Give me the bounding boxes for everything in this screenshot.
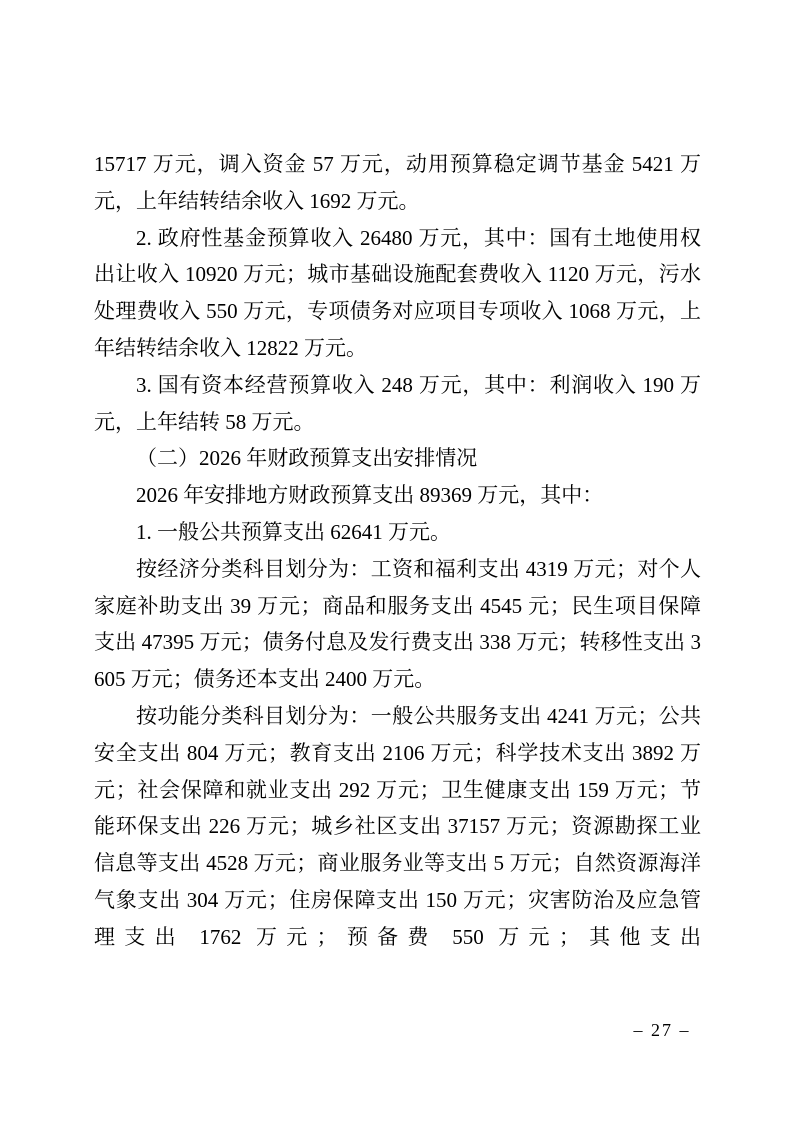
paragraph-government-fund-revenue: 2. 政府性基金预算收入 26480 万元，其中：国有土地使用权出让收入 109…: [94, 220, 701, 367]
paragraph-economic-classification: 按经济分类科目划分为：工资和福利支出 4319 万元；对个人家庭补助支出 39 …: [94, 551, 701, 698]
paragraph-general-public-budget-expenditure: 1. 一般公共预算支出 62641 万元。: [94, 514, 701, 551]
page-footer: – 27 –: [612, 1020, 712, 1041]
subheading-total-expenditure: 2026 年安排地方财政预算支出 89369 万元，其中：: [94, 477, 701, 514]
section-heading-expenditure-arrangement: （二）2026 年财政预算支出安排情况: [94, 440, 701, 477]
paragraph-functional-classification: 按功能分类科目划分为：一般公共服务支出 4241 万元；公共安全支出 804 万…: [94, 698, 701, 956]
document-page: 15717 万元，调入资金 57 万元，动用预算稳定调节基金 5421 万元，上…: [0, 0, 794, 1122]
page-body: 15717 万元，调入资金 57 万元，动用预算稳定调节基金 5421 万元，上…: [94, 146, 701, 956]
paragraph-general-budget-revenue-continuation: 15717 万元，调入资金 57 万元，动用预算稳定调节基金 5421 万元，上…: [94, 146, 701, 220]
paragraph-state-capital-revenue: 3. 国有资本经营预算收入 248 万元，其中：利润收入 190 万元，上年结转…: [94, 367, 701, 441]
page-number: – 27 –: [634, 1020, 691, 1040]
